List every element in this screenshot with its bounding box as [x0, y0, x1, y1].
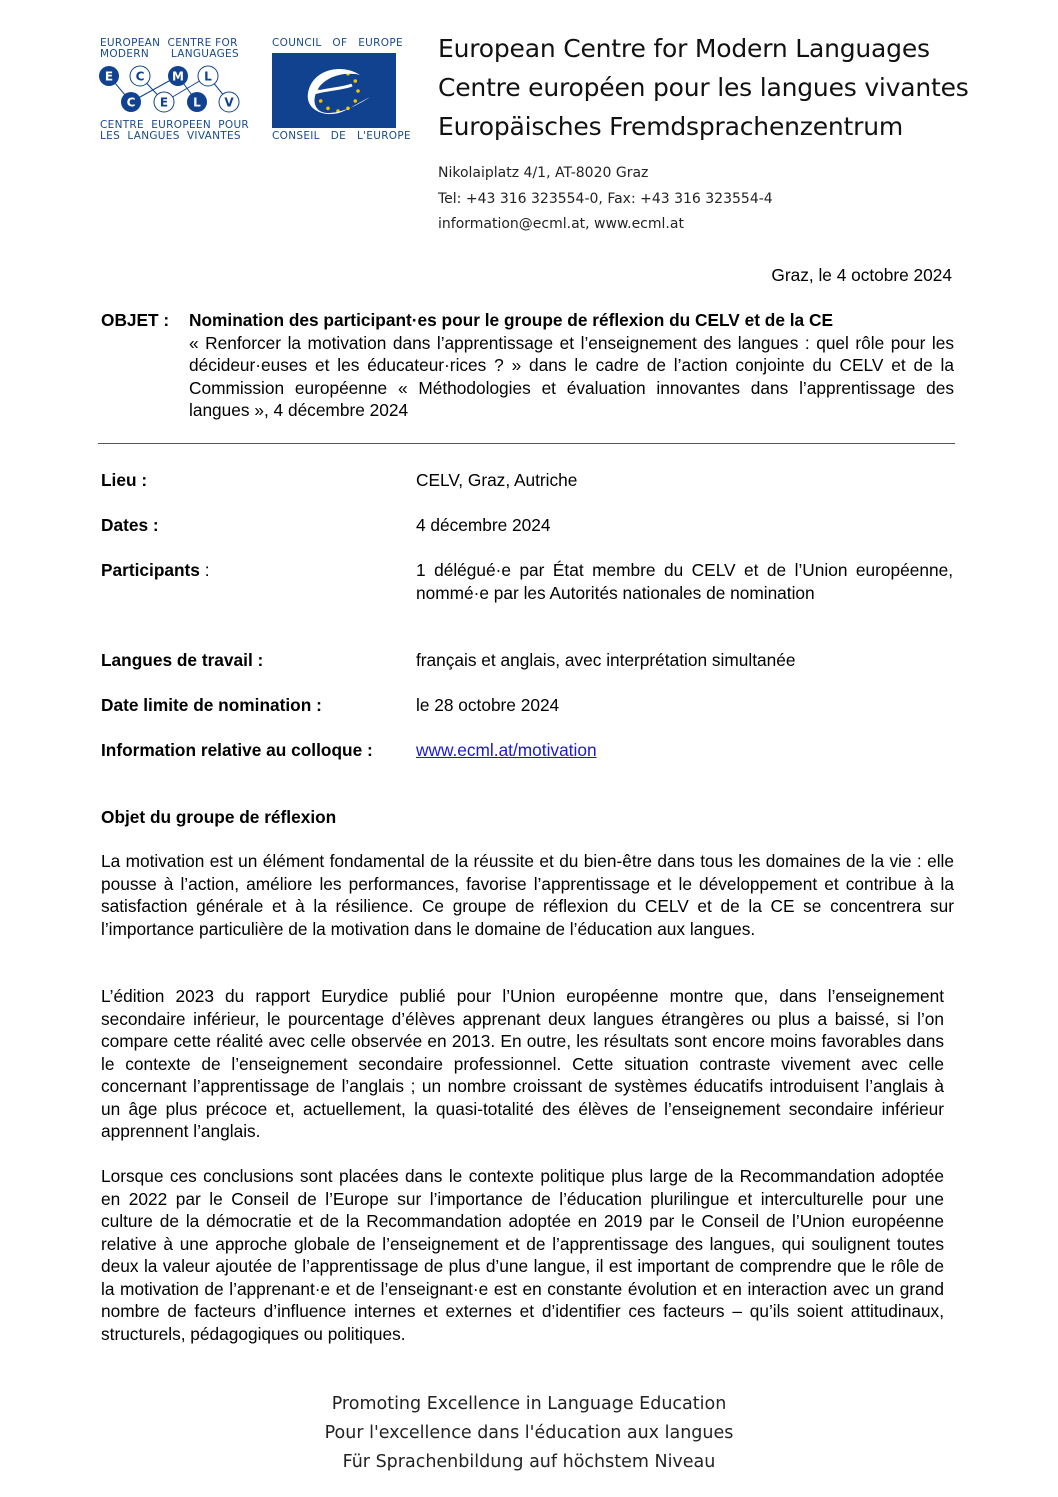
- svg-text:L: L: [193, 96, 201, 110]
- ecml-logo-bottom-line-2: LES LANGUES VIVANTES: [100, 131, 241, 142]
- subject-block: Nomination des participant·es pour le gr…: [189, 309, 954, 422]
- paragraph-3: Lorsque ces conclusions sont placées dan…: [101, 1165, 944, 1345]
- detail-value: CELV, Graz, Autriche: [416, 469, 953, 492]
- svg-text:C: C: [136, 70, 145, 84]
- ecml-circles-graphic: E C M L C E L V: [96, 62, 246, 118]
- svg-text:E: E: [160, 96, 168, 110]
- section-heading: Objet du groupe de réflexion: [101, 806, 336, 829]
- header-contact: information@ecml.at, www.ecml.at: [438, 212, 684, 237]
- detail-label: Information relative au colloque :: [101, 739, 373, 762]
- svg-text:C: C: [127, 96, 136, 110]
- coe-logo-top-text: COUNCIL OF EUROPE: [272, 38, 403, 49]
- header-address: Nikolaiplatz 4/1, AT-8020 Graz: [438, 161, 648, 186]
- coe-emblem-icon: [272, 53, 396, 128]
- detail-value: 4 décembre 2024: [416, 514, 953, 537]
- header-title-en: European Centre for Modern Languages: [438, 30, 930, 67]
- coe-logo-bottom-text: CONSEIL DE L'EUROPE: [272, 131, 411, 142]
- colloquium-link[interactable]: www.ecml.at/motivation: [416, 740, 597, 760]
- detail-label: Date limite de nomination :: [101, 694, 322, 717]
- subject-label: OBJET :: [101, 309, 169, 332]
- subject-title: Nomination des participant·es pour le gr…: [189, 309, 954, 332]
- svg-text:M: M: [172, 70, 184, 84]
- paragraph-1: La motivation est un élément fondamental…: [101, 850, 954, 940]
- council-of-europe-logo: COUNCIL OF EUROPE CONSEIL DE L'EUROPE: [272, 38, 398, 142]
- divider: [98, 443, 955, 444]
- header-title-de: Europäisches Fremdsprachenzentrum: [438, 108, 903, 145]
- svg-text:V: V: [224, 96, 234, 110]
- detail-label-suffix: :: [200, 560, 210, 580]
- footer-line-en: Promoting Excellence in Language Educati…: [0, 1390, 1058, 1419]
- svg-text:E: E: [105, 70, 113, 84]
- detail-label: Lieu :: [101, 469, 147, 492]
- coe-flag: [272, 53, 396, 128]
- header-phone: Tel: +43 316 323554-0, Fax: +43 316 3235…: [438, 187, 773, 212]
- letter-date: Graz, le 4 octobre 2024: [771, 264, 952, 287]
- svg-text:L: L: [204, 70, 212, 84]
- detail-value: français et anglais, avec interprétation…: [416, 649, 953, 672]
- ecml-logo-top-line-2: MODERN LANGUAGES: [100, 49, 239, 60]
- paragraph-2: L’édition 2023 du rapport Eurydice publi…: [101, 985, 944, 1143]
- detail-label: Participants :: [101, 559, 210, 582]
- detail-value: le 28 octobre 2024: [416, 694, 953, 717]
- detail-value: 1 délégué·e par État membre du CELV et d…: [416, 559, 953, 604]
- detail-label: Dates :: [101, 514, 159, 537]
- ecml-logo: EUROPEAN CENTRE FOR MODERN LANGUAGES E C…: [96, 38, 246, 142]
- detail-value: www.ecml.at/motivation: [416, 739, 953, 762]
- subject-body: « Renforcer la motivation dans l’apprent…: [189, 332, 954, 422]
- detail-label: Langues de travail :: [101, 649, 263, 672]
- header-title-fr: Centre européen pour les langues vivante…: [438, 69, 969, 106]
- footer-line-fr: Pour l'excellence dans l'éducation aux l…: [0, 1419, 1058, 1448]
- detail-label-text: Participants: [101, 560, 200, 580]
- footer-line-de: Für Sprachenbildung auf höchstem Niveau: [0, 1448, 1058, 1477]
